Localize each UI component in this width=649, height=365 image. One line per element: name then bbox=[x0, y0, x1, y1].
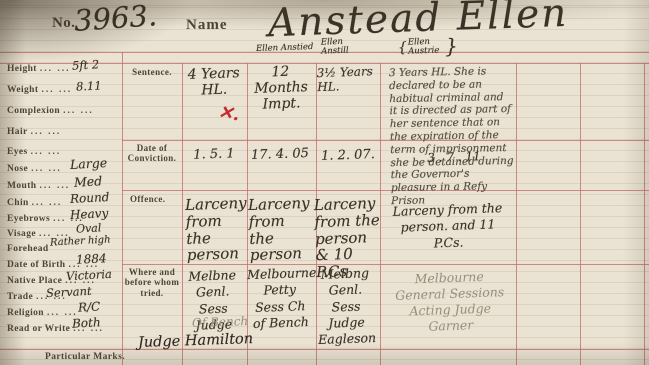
record-number-label: No. bbox=[52, 15, 75, 32]
field-read-or-write-label: Read or Write bbox=[7, 324, 70, 338]
field-trade-value: Servant bbox=[46, 284, 92, 300]
date-conviction-1: 1. 5. 1 bbox=[186, 147, 242, 164]
rule-row-date bbox=[122, 140, 649, 141]
field-weight-value: 8.11 bbox=[76, 78, 102, 93]
row-label-sentence: Sentence. bbox=[124, 67, 180, 77]
sentence-conviction-4: 3 Years HL. She is declared to be an hab… bbox=[389, 65, 515, 208]
field-eyes-label: Eyes bbox=[7, 147, 28, 161]
field-complexion-label: Complexion bbox=[7, 106, 60, 120]
red-cross-mark: ✕. bbox=[217, 103, 241, 126]
field-chin-label: Chin bbox=[7, 198, 29, 212]
rule-col-1 bbox=[182, 63, 183, 365]
rule-row-tried bbox=[122, 264, 649, 265]
tried-conviction-3: Melbng Genl. Sess Judge Eagleson bbox=[314, 265, 379, 348]
row-label-date: Date of Conviction. bbox=[126, 143, 178, 164]
field-native-place-value: Victoria bbox=[66, 267, 112, 283]
alias-brace-close: } bbox=[445, 34, 459, 58]
rule-col-5 bbox=[516, 63, 517, 365]
field-date-of-birth-label: Date of Birth bbox=[7, 260, 66, 274]
rule-bottom bbox=[0, 349, 649, 350]
field-date-of-birth-value: 1884 bbox=[76, 251, 107, 267]
offence-conviction-2: Larceny from the person bbox=[248, 195, 310, 264]
rule-col-7 bbox=[644, 63, 645, 365]
field-chin-value: Round bbox=[70, 190, 110, 206]
field-height: Height ... ... bbox=[7, 64, 119, 78]
name-label: Name bbox=[186, 17, 228, 34]
field-nose-label: Nose bbox=[7, 164, 28, 178]
alias-brace-open: { bbox=[398, 40, 407, 56]
leader-dots: ... ... bbox=[31, 127, 119, 141]
sentence-conviction-3: 3½ Years HL. bbox=[317, 65, 384, 95]
field-complexion: Complexion ... ... bbox=[7, 106, 119, 120]
tried-conviction-1-pencil-note: Of Bench bbox=[192, 315, 249, 331]
rule-col-left bbox=[122, 52, 123, 365]
field-forehead-label: Forehead bbox=[7, 244, 49, 258]
field-eyebrows-label: Eyebrows bbox=[7, 214, 50, 228]
field-religion-value: R/C bbox=[78, 299, 101, 314]
particular-marks-label: Particular Marks. bbox=[20, 352, 150, 362]
date-conviction-3: 1. 2. 07. bbox=[317, 148, 379, 165]
tried-conviction-4: Melbourne General Sessions Acting Judge … bbox=[391, 268, 509, 336]
field-eyebrows-value: Heavy bbox=[70, 206, 109, 222]
field-read-or-write: Read or Write ... ... bbox=[7, 324, 119, 338]
offence-conviction-1: Larceny from the person bbox=[185, 195, 243, 264]
field-weight-label: Weight bbox=[7, 85, 38, 99]
field-trade-label: Trade bbox=[7, 292, 33, 306]
field-height-label: Height bbox=[7, 64, 37, 78]
field-height-value: 5ft 2 bbox=[72, 57, 100, 72]
sentence-conviction-1: 4 Years HL. bbox=[185, 65, 242, 99]
field-mouth-label: Mouth bbox=[7, 181, 36, 195]
field-mouth-value: Med bbox=[74, 173, 103, 189]
field-hair-label: Hair bbox=[7, 127, 28, 141]
leader-dots: ... ... bbox=[63, 106, 119, 120]
sentence-conviction-2: 12 Months Impt. bbox=[250, 63, 312, 113]
alias-1: Ellen Anstied bbox=[256, 42, 314, 54]
field-visage-value: Oval bbox=[76, 221, 102, 235]
field-hair: Hair ... ... bbox=[7, 127, 119, 141]
row-label-tried: Where and before whom tried. bbox=[124, 267, 180, 298]
prison-record-card: No. 3963. Name Anstead Ellen Ellen Ansti… bbox=[0, 0, 649, 365]
field-religion: Religion ... ... bbox=[7, 308, 119, 322]
alias-2: Ellen Anstill bbox=[321, 37, 356, 57]
field-religion-label: Religion bbox=[7, 308, 44, 322]
alias-3: Ellen Austrie bbox=[408, 37, 445, 57]
field-nose-value: Large bbox=[70, 155, 108, 172]
field-visage-label: Visage bbox=[7, 229, 36, 243]
rule-col-6 bbox=[580, 63, 581, 365]
tried-conviction-2: Melbourne Petty Sess Ch of Bench bbox=[247, 265, 313, 332]
date-conviction-2: 17. 4. 05 bbox=[249, 147, 311, 164]
record-number-value: 3963. bbox=[73, 0, 158, 38]
row-label-offence: Offence. bbox=[130, 194, 165, 204]
rule-row-offence bbox=[122, 190, 649, 191]
offence-conviction-4: Larceny from the person. and 11 P.Cs. bbox=[391, 200, 505, 253]
field-read-or-write-value: Both bbox=[72, 315, 101, 330]
